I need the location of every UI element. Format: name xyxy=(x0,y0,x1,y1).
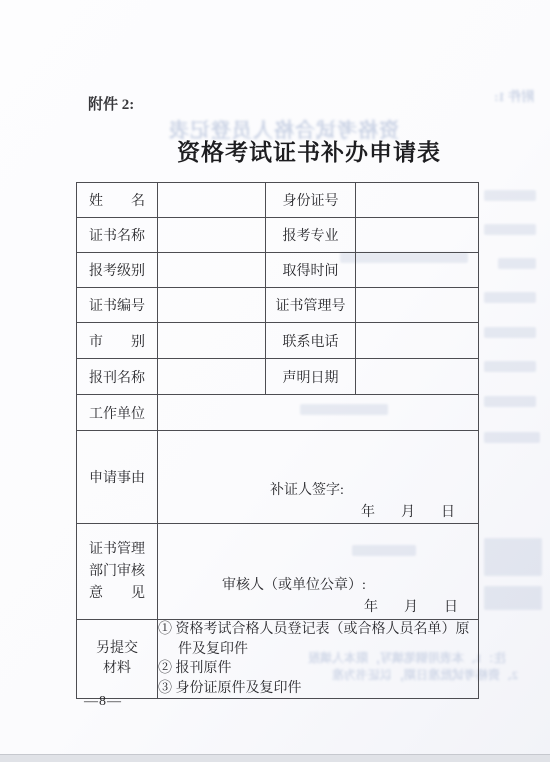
name-value xyxy=(158,183,266,218)
extra-materials-label-line: 材料 xyxy=(77,659,157,679)
certificate-no-label: 证书编号 xyxy=(77,288,158,323)
table-row: 证书编号 证书管理号 xyxy=(77,288,479,323)
exam-level-label: 报考级别 xyxy=(77,253,158,288)
id-number-value xyxy=(356,183,479,218)
table-row: 市 别 联系电话 xyxy=(77,323,479,359)
certificate-no-value xyxy=(158,288,266,323)
ghost-bleed-mark xyxy=(484,224,536,235)
exam-level-value xyxy=(158,253,266,288)
table-row: 工作单位 xyxy=(77,395,479,431)
table-row: 申请事由 补证人签字: 年 月 日 xyxy=(77,431,479,524)
application-form-table: 姓 名 身份证号 证书名称 报考专业 报考级别 取得时间 证书编号 证书管理号 … xyxy=(76,182,479,699)
table-row: 姓 名 身份证号 xyxy=(77,183,479,218)
material-item: ③ 身份证原件及复印件 xyxy=(158,679,478,699)
scanner-edge xyxy=(0,754,550,762)
city-value xyxy=(158,323,266,359)
city-label: 市 别 xyxy=(77,323,158,359)
declaration-date-label: 声明日期 xyxy=(266,359,356,395)
ghost-bleed-mark xyxy=(484,190,536,201)
ghost-bleed-mark xyxy=(484,396,536,407)
work-unit-value xyxy=(158,395,479,431)
certificate-mgmt-no-label: 证书管理号 xyxy=(266,288,356,323)
table-row: 证书名称 报考专业 xyxy=(77,218,479,253)
extra-materials-list: ① 资格考试合格人员登记表（或合格人员名单）原件及复印件 ② 报刊原件 ③ 身份… xyxy=(158,620,479,699)
newspaper-name-label: 报刊名称 xyxy=(77,359,158,395)
newspaper-name-value xyxy=(158,359,266,395)
review-opinion-label: 证书管理 部门审核 意 见 xyxy=(77,524,158,620)
review-opinion-label-line: 意 见 xyxy=(77,583,157,605)
page-title: 资格考试证书补办申请表 xyxy=(177,134,441,167)
extra-materials-label: 另提交 材料 xyxy=(77,620,158,699)
declaration-date-value xyxy=(356,359,479,395)
ghost-bleed-mark xyxy=(498,258,536,269)
material-item: ① 资格考试合格人员登记表（或合格人员名单）原件及复印件 xyxy=(158,620,478,659)
reviewer-signature-label: 审核人（或单位公章）: xyxy=(222,574,366,594)
apply-date-line: 年 月 日 xyxy=(361,501,461,521)
contact-phone-value xyxy=(356,323,479,359)
ghost-bleed-mark xyxy=(484,538,542,576)
certificate-name-label: 证书名称 xyxy=(77,218,158,253)
exam-major-value xyxy=(356,218,479,253)
obtain-time-label: 取得时间 xyxy=(266,253,356,288)
ghost-bleed-attachment: 附件 1: xyxy=(494,86,534,105)
attachment-label: 附件 2: xyxy=(88,93,134,114)
review-opinion-label-line: 部门审核 xyxy=(77,561,157,583)
material-item: ② 报刊原件 xyxy=(158,659,478,679)
extra-materials-label-line: 另提交 xyxy=(77,639,157,659)
id-number-label: 身份证号 xyxy=(266,183,356,218)
apply-reason-area: 补证人签字: 年 月 日 xyxy=(158,431,479,524)
page-number: —8— xyxy=(84,694,122,710)
work-unit-label: 工作单位 xyxy=(77,395,158,431)
exam-major-label: 报考专业 xyxy=(266,218,356,253)
review-opinion-label-line: 证书管理 xyxy=(77,539,157,561)
table-row: 报考级别 取得时间 xyxy=(77,253,479,288)
ghost-bleed-mark xyxy=(484,432,540,443)
review-opinion-area: 审核人（或单位公章）: 年 月 日 xyxy=(158,524,479,620)
ghost-bleed-mark xyxy=(484,327,536,338)
certificate-mgmt-no-value xyxy=(356,288,479,323)
contact-phone-label: 联系电话 xyxy=(266,323,356,359)
table-row: 证书管理 部门审核 意 见 审核人（或单位公章）: 年 月 日 xyxy=(77,524,479,620)
name-label: 姓 名 xyxy=(77,183,158,218)
table-row: 另提交 材料 ① 资格考试合格人员登记表（或合格人员名单）原件及复印件 ② 报刊… xyxy=(77,620,479,699)
obtain-time-value xyxy=(356,253,479,288)
ghost-bleed-mark xyxy=(484,292,536,303)
ghost-bleed-mark xyxy=(484,361,536,372)
certificate-name-value xyxy=(158,218,266,253)
review-date-line: 年 月 日 xyxy=(364,596,464,616)
scanned-form-page: 资格考试合格人员登记表 附件 1: 注：1、本表用钢笔填写，限本人填报 2、资格… xyxy=(0,0,550,762)
ghost-bleed-mark xyxy=(484,586,542,610)
applicant-signature-label: 补证人签字: xyxy=(270,479,344,499)
apply-reason-label: 申请事由 xyxy=(77,431,158,524)
table-row: 报刊名称 声明日期 xyxy=(77,359,479,395)
